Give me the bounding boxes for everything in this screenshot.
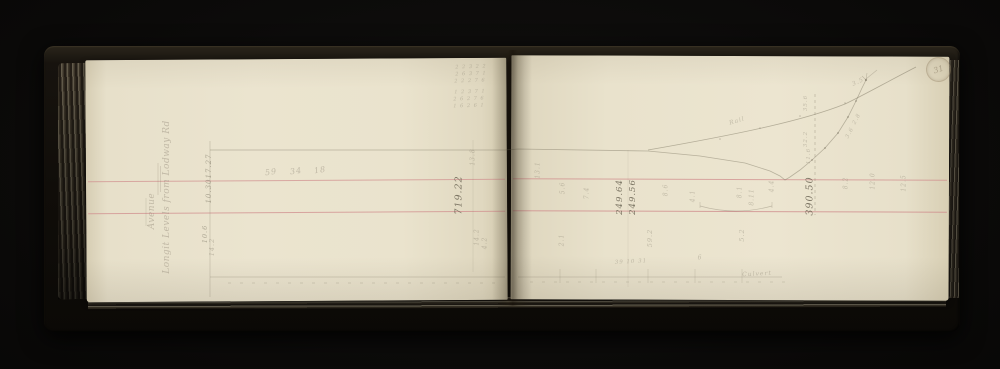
ruled-line <box>88 179 505 183</box>
ruled-line <box>513 178 947 181</box>
notebook-photo: Longit Levels from Lodway RdAvenue2 2 3 … <box>0 0 1000 369</box>
left-page <box>85 58 507 303</box>
ruled-line <box>513 210 947 213</box>
page-number: 31 <box>932 64 944 76</box>
right-page <box>511 55 950 301</box>
ruled-line <box>88 211 505 215</box>
